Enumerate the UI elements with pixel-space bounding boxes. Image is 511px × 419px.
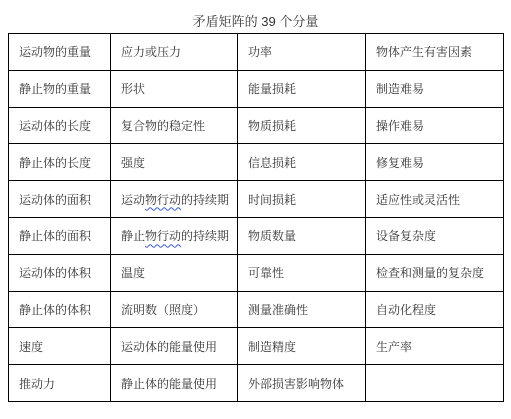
table-row: 静止体的体积流明数（照度）测量准确性自动化程度 [9, 291, 504, 328]
table-cell: 温度 [111, 254, 238, 291]
page-title: 矛盾矩阵的 39 个分量 [0, 0, 511, 33]
table-cell: 物质数量 [238, 217, 366, 254]
table-cell: 运动物的重量 [9, 34, 111, 71]
table-cell: 运动物行动的持续期 [111, 181, 238, 218]
table-cell: 能量损耗 [238, 70, 366, 107]
table-cell: 生产率 [366, 328, 504, 365]
spellcheck-underline: 物行动 [145, 193, 181, 207]
table-cell: 静止体的能量使用 [111, 365, 238, 402]
table-cell: 测量准确性 [238, 291, 366, 328]
table-cell: 静止体的面积 [9, 217, 111, 254]
table-row: 运动体的面积运动物行动的持续期时间损耗适应性或灵活性 [9, 181, 504, 218]
cell-text: 静止 [121, 229, 145, 243]
table-cell: 静止物行动的持续期 [111, 217, 238, 254]
table-cell: 制造难易 [366, 70, 504, 107]
table-cell: 物质损耗 [238, 107, 366, 144]
table-cell: 检查和测量的复杂度 [366, 254, 504, 291]
table-cell: 功率 [238, 34, 366, 71]
table-cell: 复合物的稳定性 [111, 107, 238, 144]
table-cell: 速度 [9, 328, 111, 365]
table-row: 推动力静止体的能量使用外部损害影响物体 [9, 365, 504, 402]
table-cell: 物体产生有害因素 [366, 34, 504, 71]
table-cell: 推动力 [9, 365, 111, 402]
table-row: 运动物的重量应力或压力功率物体产生有害因素 [9, 34, 504, 71]
table-row: 速度运动体的能量使用制造精度生产率 [9, 328, 504, 365]
table-cell: 设备复杂度 [366, 217, 504, 254]
table-cell: 制造精度 [238, 328, 366, 365]
table-cell: 运动体的体积 [9, 254, 111, 291]
table-body: 运动物的重量应力或压力功率物体产生有害因素静止物的重量形状能量损耗制造难易运动体… [9, 34, 504, 402]
spellcheck-underline: 物行动 [145, 229, 181, 243]
table-row: 静止物的重量形状能量损耗制造难易 [9, 70, 504, 107]
table-cell: 运动体的面积 [9, 181, 111, 218]
table-row: 静止体的长度强度信息损耗修复难易 [9, 144, 504, 181]
table-row: 静止体的面积静止物行动的持续期物质数量设备复杂度 [9, 217, 504, 254]
table-cell: 静止体的体积 [9, 291, 111, 328]
table-row: 运动体的长度复合物的稳定性物质损耗操作难易 [9, 107, 504, 144]
table-cell: 时间损耗 [238, 181, 366, 218]
cell-text: 的持续期 [181, 229, 229, 243]
table-cell: 运动体的能量使用 [111, 328, 238, 365]
table-cell: 操作难易 [366, 107, 504, 144]
table-cell: 运动体的长度 [9, 107, 111, 144]
table-cell: 可靠性 [238, 254, 366, 291]
table-cell: 形状 [111, 70, 238, 107]
table-cell: 流明数（照度） [111, 291, 238, 328]
table-cell: 适应性或灵活性 [366, 181, 504, 218]
table-cell: 自动化程度 [366, 291, 504, 328]
table-cell [366, 365, 504, 402]
table-row: 运动体的体积温度可靠性检查和测量的复杂度 [9, 254, 504, 291]
table-cell: 静止物的重量 [9, 70, 111, 107]
cell-text: 的持续期 [181, 193, 229, 207]
table-cell: 外部损害影响物体 [238, 365, 366, 402]
table-cell: 信息损耗 [238, 144, 366, 181]
cell-text: 运动 [121, 193, 145, 207]
contradiction-matrix-table: 运动物的重量应力或压力功率物体产生有害因素静止物的重量形状能量损耗制造难易运动体… [8, 33, 504, 402]
table-cell: 静止体的长度 [9, 144, 111, 181]
table-cell: 强度 [111, 144, 238, 181]
table-cell: 应力或压力 [111, 34, 238, 71]
table-cell: 修复难易 [366, 144, 504, 181]
